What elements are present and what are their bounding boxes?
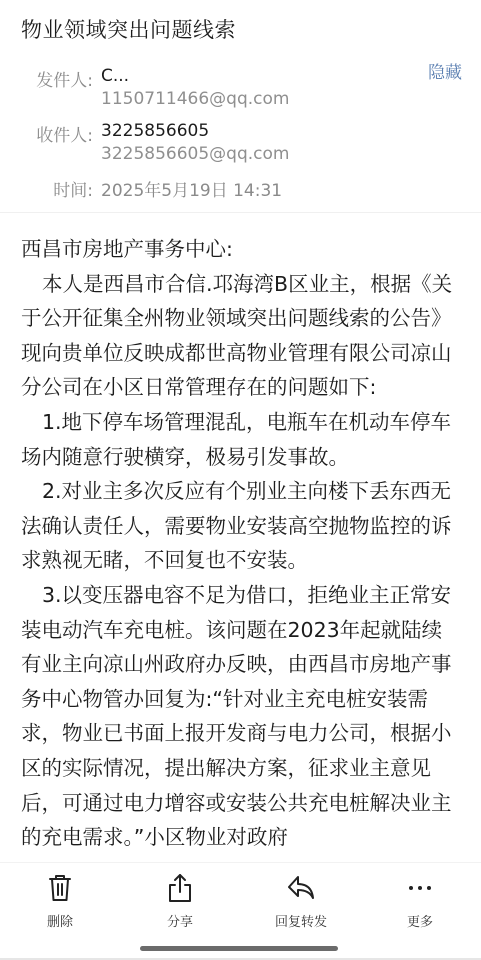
reply-icon <box>251 873 351 903</box>
hide-details-link[interactable]: 隐藏 <box>428 58 462 83</box>
more-label: 更多 <box>370 911 470 930</box>
more-button[interactable]: 更多 <box>370 873 470 930</box>
time-value: 2025年5月19日 14:31 <box>101 176 282 201</box>
recipient-label: 收件人: <box>36 121 93 146</box>
reply-forward-label: 回复转发 <box>251 911 351 930</box>
delete-label: 删除 <box>10 911 110 930</box>
share-button[interactable]: 分享 <box>130 873 230 930</box>
sender-name[interactable]: C... <box>101 66 129 86</box>
recipient-email[interactable]: 3225856605@qq.com <box>101 144 289 164</box>
more-icon <box>370 873 470 903</box>
sender-email[interactable]: 1150711466@qq.com <box>101 89 289 109</box>
share-label: 分享 <box>130 911 230 930</box>
reply-forward-button[interactable]: 回复转发 <box>251 873 351 930</box>
body-salutation: 西昌市房地产事务中心: <box>21 232 461 267</box>
body-paragraph: 3.以变压器电容不足为借口，拒绝业主正常安装电动汽车充电桩。该问题在2023年起… <box>21 578 461 855</box>
recipient-name[interactable]: 3225856605 <box>101 121 209 141</box>
body-paragraph: 1.地下停车场管理混乱，电瓶车在机动车停车场内随意行驶横穿，极易引发事故。 <box>21 405 461 474</box>
email-body: 西昌市房地产事务中心: 本人是西昌市合信.邛海湾B区业主，根据《关于公开征集全州… <box>21 232 461 855</box>
delete-button[interactable]: 删除 <box>10 873 110 930</box>
trash-icon <box>10 873 110 903</box>
body-paragraph: 2.对业主多次反应有个别业主向楼下丢东西无法确认责任人，需要物业安装高空抛物监控… <box>21 474 461 578</box>
sender-label: 发件人: <box>36 66 93 91</box>
email-subject: 物业领域突出问题线索 <box>21 14 236 44</box>
share-icon <box>130 873 230 903</box>
body-paragraph: 本人是西昌市合信.邛海湾B区业主，根据《关于公开征集全州物业领域突出问题线索的公… <box>21 267 461 405</box>
home-indicator[interactable] <box>140 946 338 951</box>
header-divider <box>0 212 481 213</box>
time-label: 时间: <box>53 176 93 201</box>
